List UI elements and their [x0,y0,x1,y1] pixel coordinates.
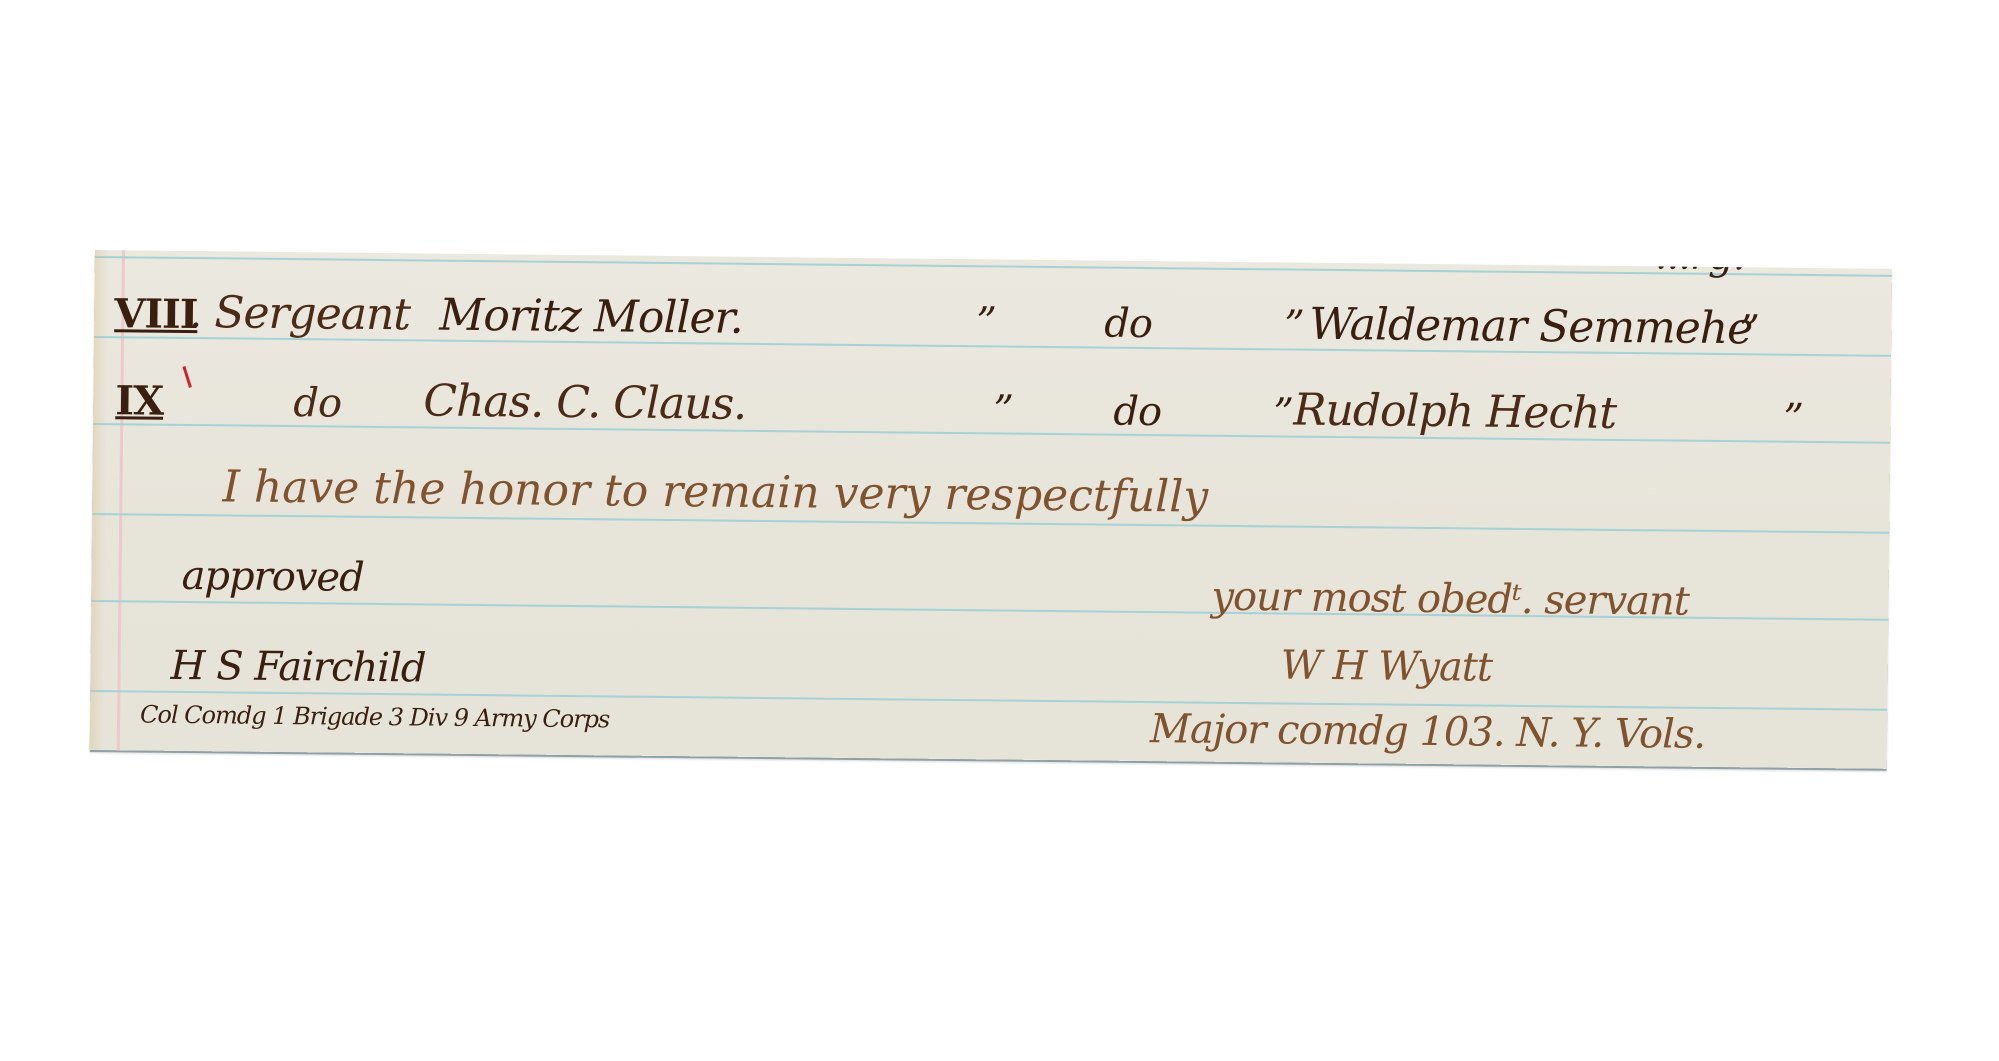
approval-title: Col Comdg 1 Brigade 3 Div 9 Army Corps [140,700,609,733]
approval-label: approved [181,553,364,601]
signoff-signature: W H Wyatt [1280,642,1492,690]
row-dot: . [189,291,201,337]
partial-top-text: ...rg. [1655,232,1745,279]
row-do: do [1113,389,1161,435]
row-replacement: Rudolph Hecht [1293,385,1616,439]
rule-line [93,423,1890,444]
closing-line: I have the honor to remain very respectf… [222,461,1208,522]
signoff-title: Major comdg 103. N. Y. Vols. [1150,706,1706,758]
row-end-mark: ” [1739,307,1759,353]
row-name: Moritz Moller. [439,290,743,344]
row-rank: do [293,380,341,426]
row-replacement: Waldemar Semmehe [1309,299,1752,355]
letter-paper: ...rg. VIII . Sergeant Moritz Moller. ” … [90,250,1892,769]
row-end-mark: ” [1783,396,1803,442]
row-numeral: VIII [114,290,198,338]
ditto-mark: ” [993,387,1013,433]
row-numeral: IX [115,377,163,424]
approval-signature: H S Fairchild [170,643,425,692]
row-do: do [1104,301,1152,347]
ditto-mark: ” [1284,302,1304,348]
red-tick-mark [182,366,191,388]
valediction: your most obedᵗ. servant [1211,574,1689,625]
ditto-mark: ” [1273,390,1293,436]
row-rank: Sergeant [214,287,410,340]
ditto-mark: ” [976,299,996,345]
row-name: Chas. C. Claus. [423,375,746,429]
rule-line [95,256,1892,277]
